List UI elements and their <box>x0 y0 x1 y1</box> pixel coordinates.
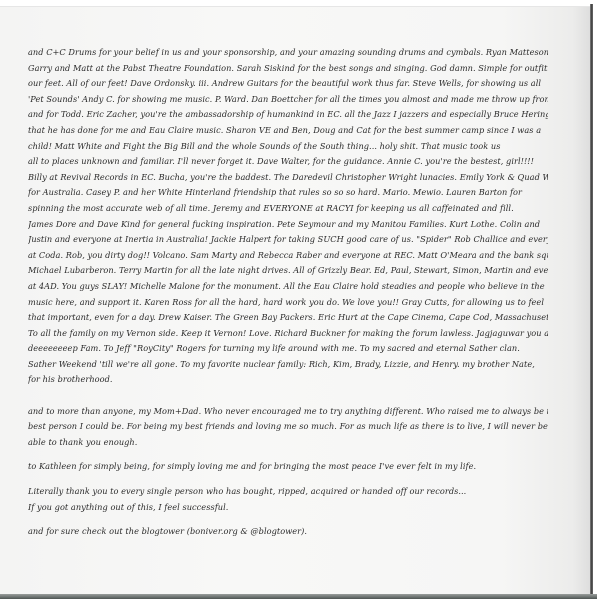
text-line: Michael Lubarberon. Terry Martin for all… <box>28 263 548 279</box>
text-line: 'Pet Sounds' Andy C. for showing me musi… <box>28 92 548 108</box>
text-line: all to places unknown and familiar. I'll… <box>28 154 548 170</box>
liner-notes-page: and C+C Drums for your belief in us and … <box>0 6 590 595</box>
paragraph-kathleen: to Kathleen for simply being, for simply… <box>28 459 548 475</box>
text-line: Billy at Revival Records in EC. Bucha, y… <box>28 170 548 186</box>
booklet-spine-edge <box>590 4 593 596</box>
paragraph-spacer <box>28 475 548 484</box>
paragraph-spacer <box>28 515 548 524</box>
text-line: and for Todd. Eric Zacher, you're the am… <box>28 107 548 123</box>
paragraph-blogtower: and for sure check out the blogtower (bo… <box>28 524 548 540</box>
text-line: to Kathleen for simply being, for simply… <box>28 459 548 475</box>
text-line: spinning the most accurate web of all ti… <box>28 201 548 217</box>
text-line: Literally thank you to every single pers… <box>28 484 548 500</box>
text-line: that he has done for me and Eau Claire m… <box>28 123 548 139</box>
text-line: our feet. All of our feet! Dave Ordonsky… <box>28 76 548 92</box>
text-line: at 4AD. You guys SLAY! Michelle Malone f… <box>28 279 548 295</box>
text-line: Sather Weekend 'till we're all gone. To … <box>28 357 548 373</box>
text-line: child! Matt White and Fight the Big Bill… <box>28 139 548 155</box>
text-line: Justin and everyone at Inertia in Austra… <box>28 232 548 248</box>
paragraph-spacer <box>28 388 548 404</box>
text-line: If you got anything out of this, I feel … <box>28 500 548 516</box>
text-line: for his brotherhood. <box>28 372 548 388</box>
text-line: and to more than anyone, my Mom+Dad. Who… <box>28 404 548 420</box>
text-line: at Coda. Rob, you dirty dog!! Volcano. S… <box>28 248 548 264</box>
text-line: able to thank you enough. <box>28 435 548 451</box>
text-line: for Australia. Casey P. and her White Hi… <box>28 185 548 201</box>
booklet-bottom-edge <box>0 594 597 599</box>
text-line: James Dore and Dave Kind for general fuc… <box>28 217 548 233</box>
text-line: and C+C Drums for your belief in us and … <box>28 45 548 61</box>
text-line: Garry and Matt at the Pabst Theatre Foun… <box>28 61 548 77</box>
paragraph-listeners: Literally thank you to every single pers… <box>28 484 548 515</box>
text-line: deeeeeeeep Fam. To Jeff "RoyCity" Rogers… <box>28 341 548 357</box>
text-line: that important, even for a day. Drew Kai… <box>28 310 548 326</box>
paragraph-main-thanks: and C+C Drums for your belief in us and … <box>28 45 548 388</box>
text-line: music here, and support it. Karen Ross f… <box>28 295 548 311</box>
text-line: best person I could be. For being my bes… <box>28 419 548 435</box>
handwritten-thank-you-text: and C+C Drums for your belief in us and … <box>28 45 548 540</box>
text-line: and for sure check out the blogtower (bo… <box>28 524 548 540</box>
paragraph-parents: and to more than anyone, my Mom+Dad. Who… <box>28 404 548 451</box>
paragraph-spacer <box>28 450 548 459</box>
text-line: To all the family on my Vernon side. Kee… <box>28 326 548 342</box>
